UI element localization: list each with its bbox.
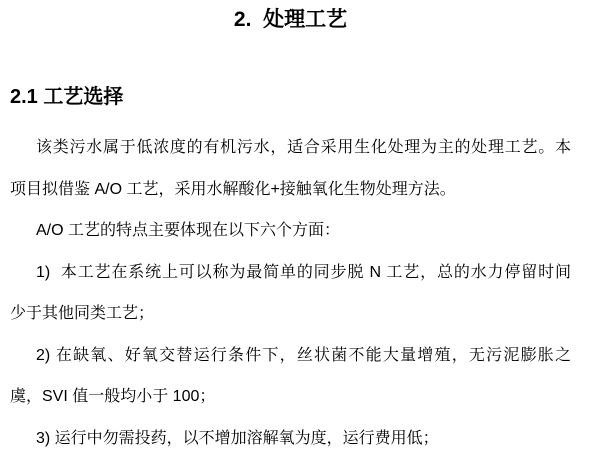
text-line: 该类污水属于低浓度的有机污水，适合采用生化处理为主的处理工艺。本 — [10, 127, 571, 169]
feature-item-3: 3) 运行中勿需投药，以不增加溶解氧为度，运行费用低； — [10, 418, 571, 460]
feature-item-2: 2) 在缺氧、好氧交替运行条件下，丝状菌不能大量增殖，无污泥膨胀之 虞，SVI … — [10, 335, 571, 418]
text-line: 虞，SVI 值一般均小于 100； — [10, 376, 571, 418]
text-line: 2) 在缺氧、好氧交替运行条件下，丝状菌不能大量增殖，无污泥膨胀之 — [10, 335, 571, 377]
paragraph-intro: 该类污水属于低浓度的有机污水，适合采用生化处理为主的处理工艺。本 项目拟借鉴 A… — [10, 127, 571, 210]
section-heading: 2.1 工艺选择 — [10, 84, 571, 110]
document-page: 2. 处理工艺 2.1 工艺选择 该类污水属于低浓度的有机污水，适合采用生化处理… — [0, 6, 589, 463]
text-line: 3) 运行中勿需投药，以不增加溶解氧为度，运行费用低； — [10, 418, 571, 460]
text-line: A/O 工艺的特点主要体现在以下六个方面： — [10, 210, 571, 252]
document-body: 该类污水属于低浓度的有机污水，适合采用生化处理为主的处理工艺。本 项目拟借鉴 A… — [10, 127, 571, 459]
text-line: 项目拟借鉴 A/O 工艺，采用水解酸化+接触氧化生物处理方法。 — [10, 169, 571, 211]
feature-item-1: 1) 本工艺在系统上可以称为最简单的同步脱 N 工艺，总的水力停留时间 少于其他… — [10, 252, 571, 335]
text-line: 少于其他同类工艺； — [10, 293, 571, 335]
paragraph-features-lead: A/O 工艺的特点主要体现在以下六个方面： — [10, 210, 571, 252]
document-title: 2. 处理工艺 — [10, 6, 571, 34]
text-line: 1) 本工艺在系统上可以称为最简单的同步脱 N 工艺，总的水力停留时间 — [10, 252, 571, 294]
